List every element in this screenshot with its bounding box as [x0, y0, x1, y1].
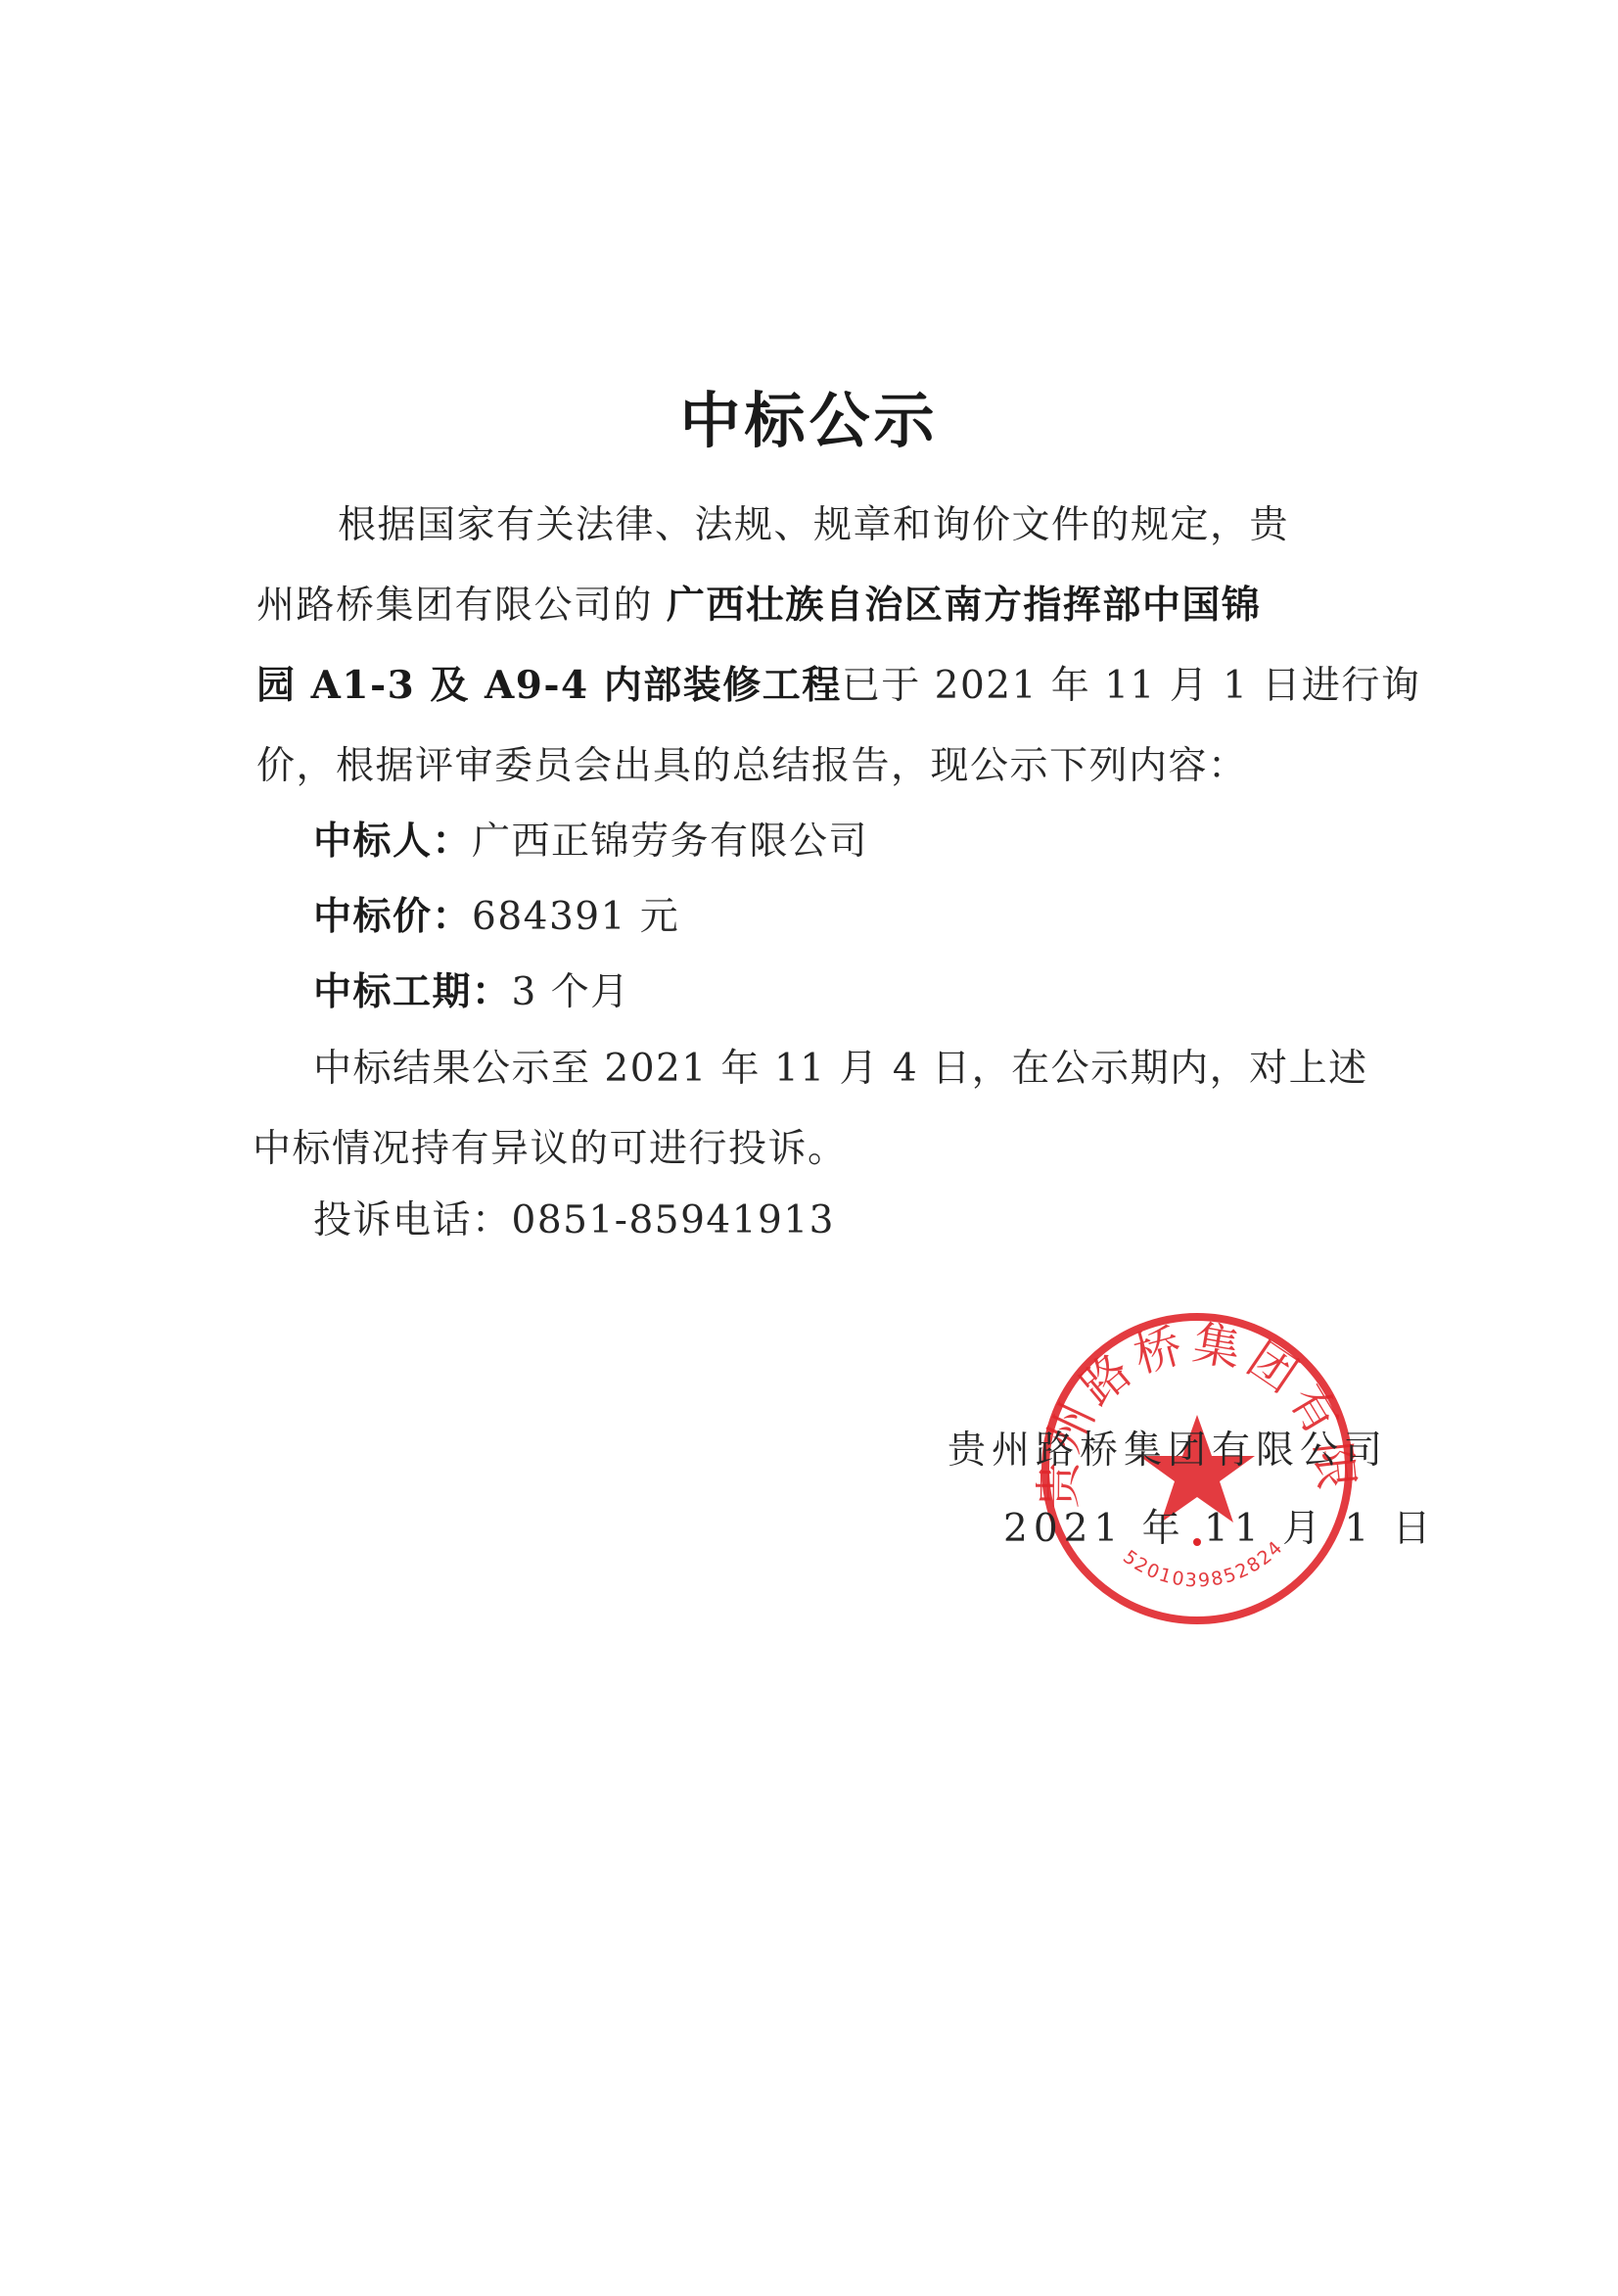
paragraph1-line4: 价，根据评审委员会出具的总结报告，现公示下列内容： [256, 735, 1248, 790]
company-prefix: 州路桥集团有限公司的 [256, 584, 667, 628]
paragraph1-line3: 园 A1-3 及 A9-4 内部装修工程已于 2021 年 11 月 1 日进行… [256, 655, 1420, 710]
paragraph1-line2: 州路桥集团有限公司的 广西壮族自治区南方指挥部中国锦 [256, 575, 1261, 630]
complaint-label: 投诉电话： [313, 1198, 512, 1242]
price-row: 中标价：684391 元 [313, 886, 679, 941]
winner-value: 广西正锦劳务有限公司 [472, 820, 868, 864]
duration-row: 中标工期：3 个月 [313, 961, 630, 1016]
winner-label: 中标人： [313, 819, 472, 864]
duration-label: 中标工期： [313, 969, 512, 1014]
price-label: 中标价： [313, 894, 472, 939]
project-name-part1: 广西壮族自治区南方指挥部中国锦 [667, 583, 1262, 628]
winner-row: 中标人：广西正锦劳务有限公司 [313, 811, 868, 866]
paragraph1-line1: 根据国家有关法律、法规、规章和询价文件的规定，贵 [338, 494, 1289, 549]
complaint-row: 投诉电话：0851-85941913 [313, 1190, 835, 1244]
complaint-phone: 0851-85941913 [512, 1198, 835, 1242]
price-value: 684391 元 [472, 895, 679, 939]
paragraph2-line1: 中标结果公示至 2021 年 11 月 4 日，在公示期内，对上述 [313, 1038, 1368, 1093]
inquiry-date-text: 已于 2021 年 11 月 1 日进行询 [842, 664, 1421, 708]
duration-value: 3 个月 [512, 970, 630, 1014]
signature-date: 2021 年 11 月 1 日 [1003, 1498, 1437, 1553]
project-name-part2: 园 A1-3 及 A9-4 内部装修工程 [256, 663, 842, 708]
signature-company: 贵州路桥集团有限公司 [948, 1420, 1388, 1475]
paragraph2-line2: 中标情况持有异议的可进行投诉。 [253, 1118, 848, 1173]
document-title: 中标公示 [0, 372, 1618, 459]
